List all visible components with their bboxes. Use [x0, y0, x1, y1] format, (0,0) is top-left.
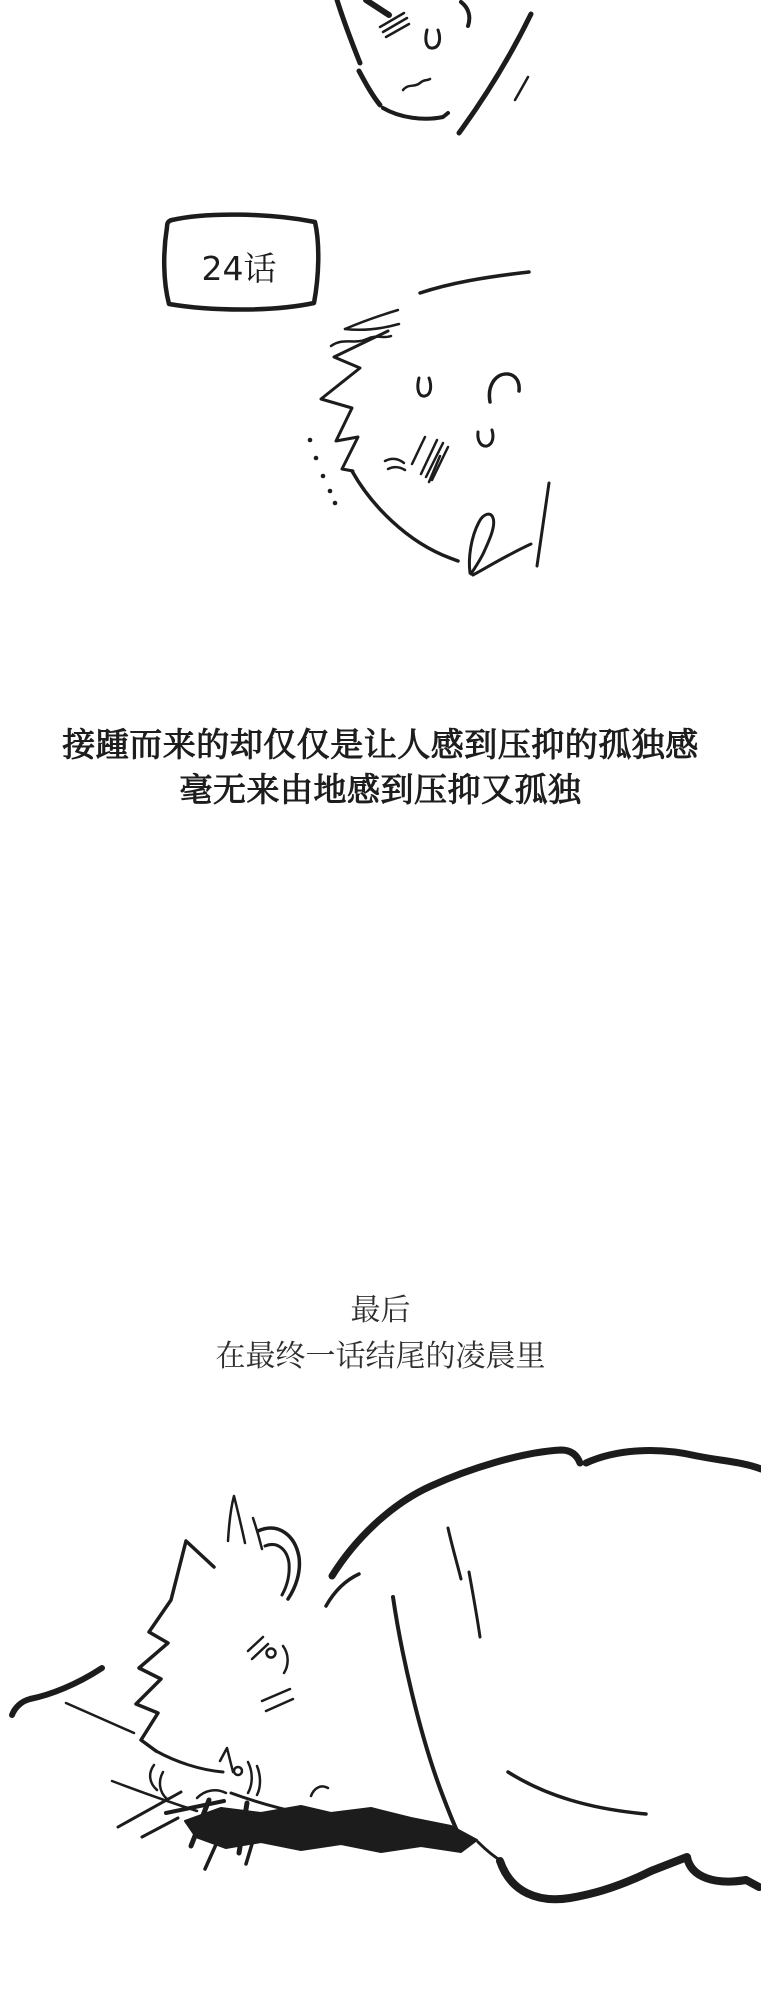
- head: [136, 1496, 379, 1826]
- caption-line: 最后: [0, 1288, 761, 1334]
- caption-line: 毫无来由地感到压抑又孤独: [0, 767, 761, 812]
- comic-page: 24话 接踵而来的却仅仅是让人感到压抑的孤独感 毫无来由地感到压抑又孤独 最后 …: [0, 0, 761, 2000]
- sweat-drop: [426, 30, 440, 48]
- squinting-eye: [220, 1748, 233, 1772]
- chapter-title: 24话: [160, 243, 318, 290]
- sketch-partial-face-top: [337, 0, 531, 133]
- eye-stroke: [366, 0, 389, 15]
- caption-block-1: 接踵而来的却仅仅是让人感到压抑的孤独感 毫无来由地感到压抑又孤独: [0, 722, 761, 812]
- hand: [150, 1765, 157, 1790]
- ear-curl: [258, 1528, 299, 1599]
- caption-line: 接踵而来的却仅仅是让人感到压抑的孤独感: [0, 722, 761, 767]
- line-art-layer: [0, 0, 761, 2000]
- caption-line: 在最终一话结尾的凌晨里: [0, 1334, 761, 1380]
- blanket-hem: [500, 1857, 759, 1899]
- sketch-anxious-face: [308, 272, 549, 575]
- mouth-squiggle: [403, 79, 430, 90]
- mouth: [311, 1786, 328, 1796]
- spiky-hair: [321, 331, 388, 471]
- spiky-hair: [136, 1541, 214, 1751]
- caption-block-2: 最后 在最终一话结尾的凌晨里: [0, 1288, 761, 1380]
- scribbled-eye: [412, 437, 425, 464]
- sweat-drop: [418, 378, 431, 396]
- sketch-sleeping-figure: [12, 1450, 761, 1899]
- shadow-scribble: [166, 1800, 503, 1869]
- squinting-eye: [248, 1637, 263, 1651]
